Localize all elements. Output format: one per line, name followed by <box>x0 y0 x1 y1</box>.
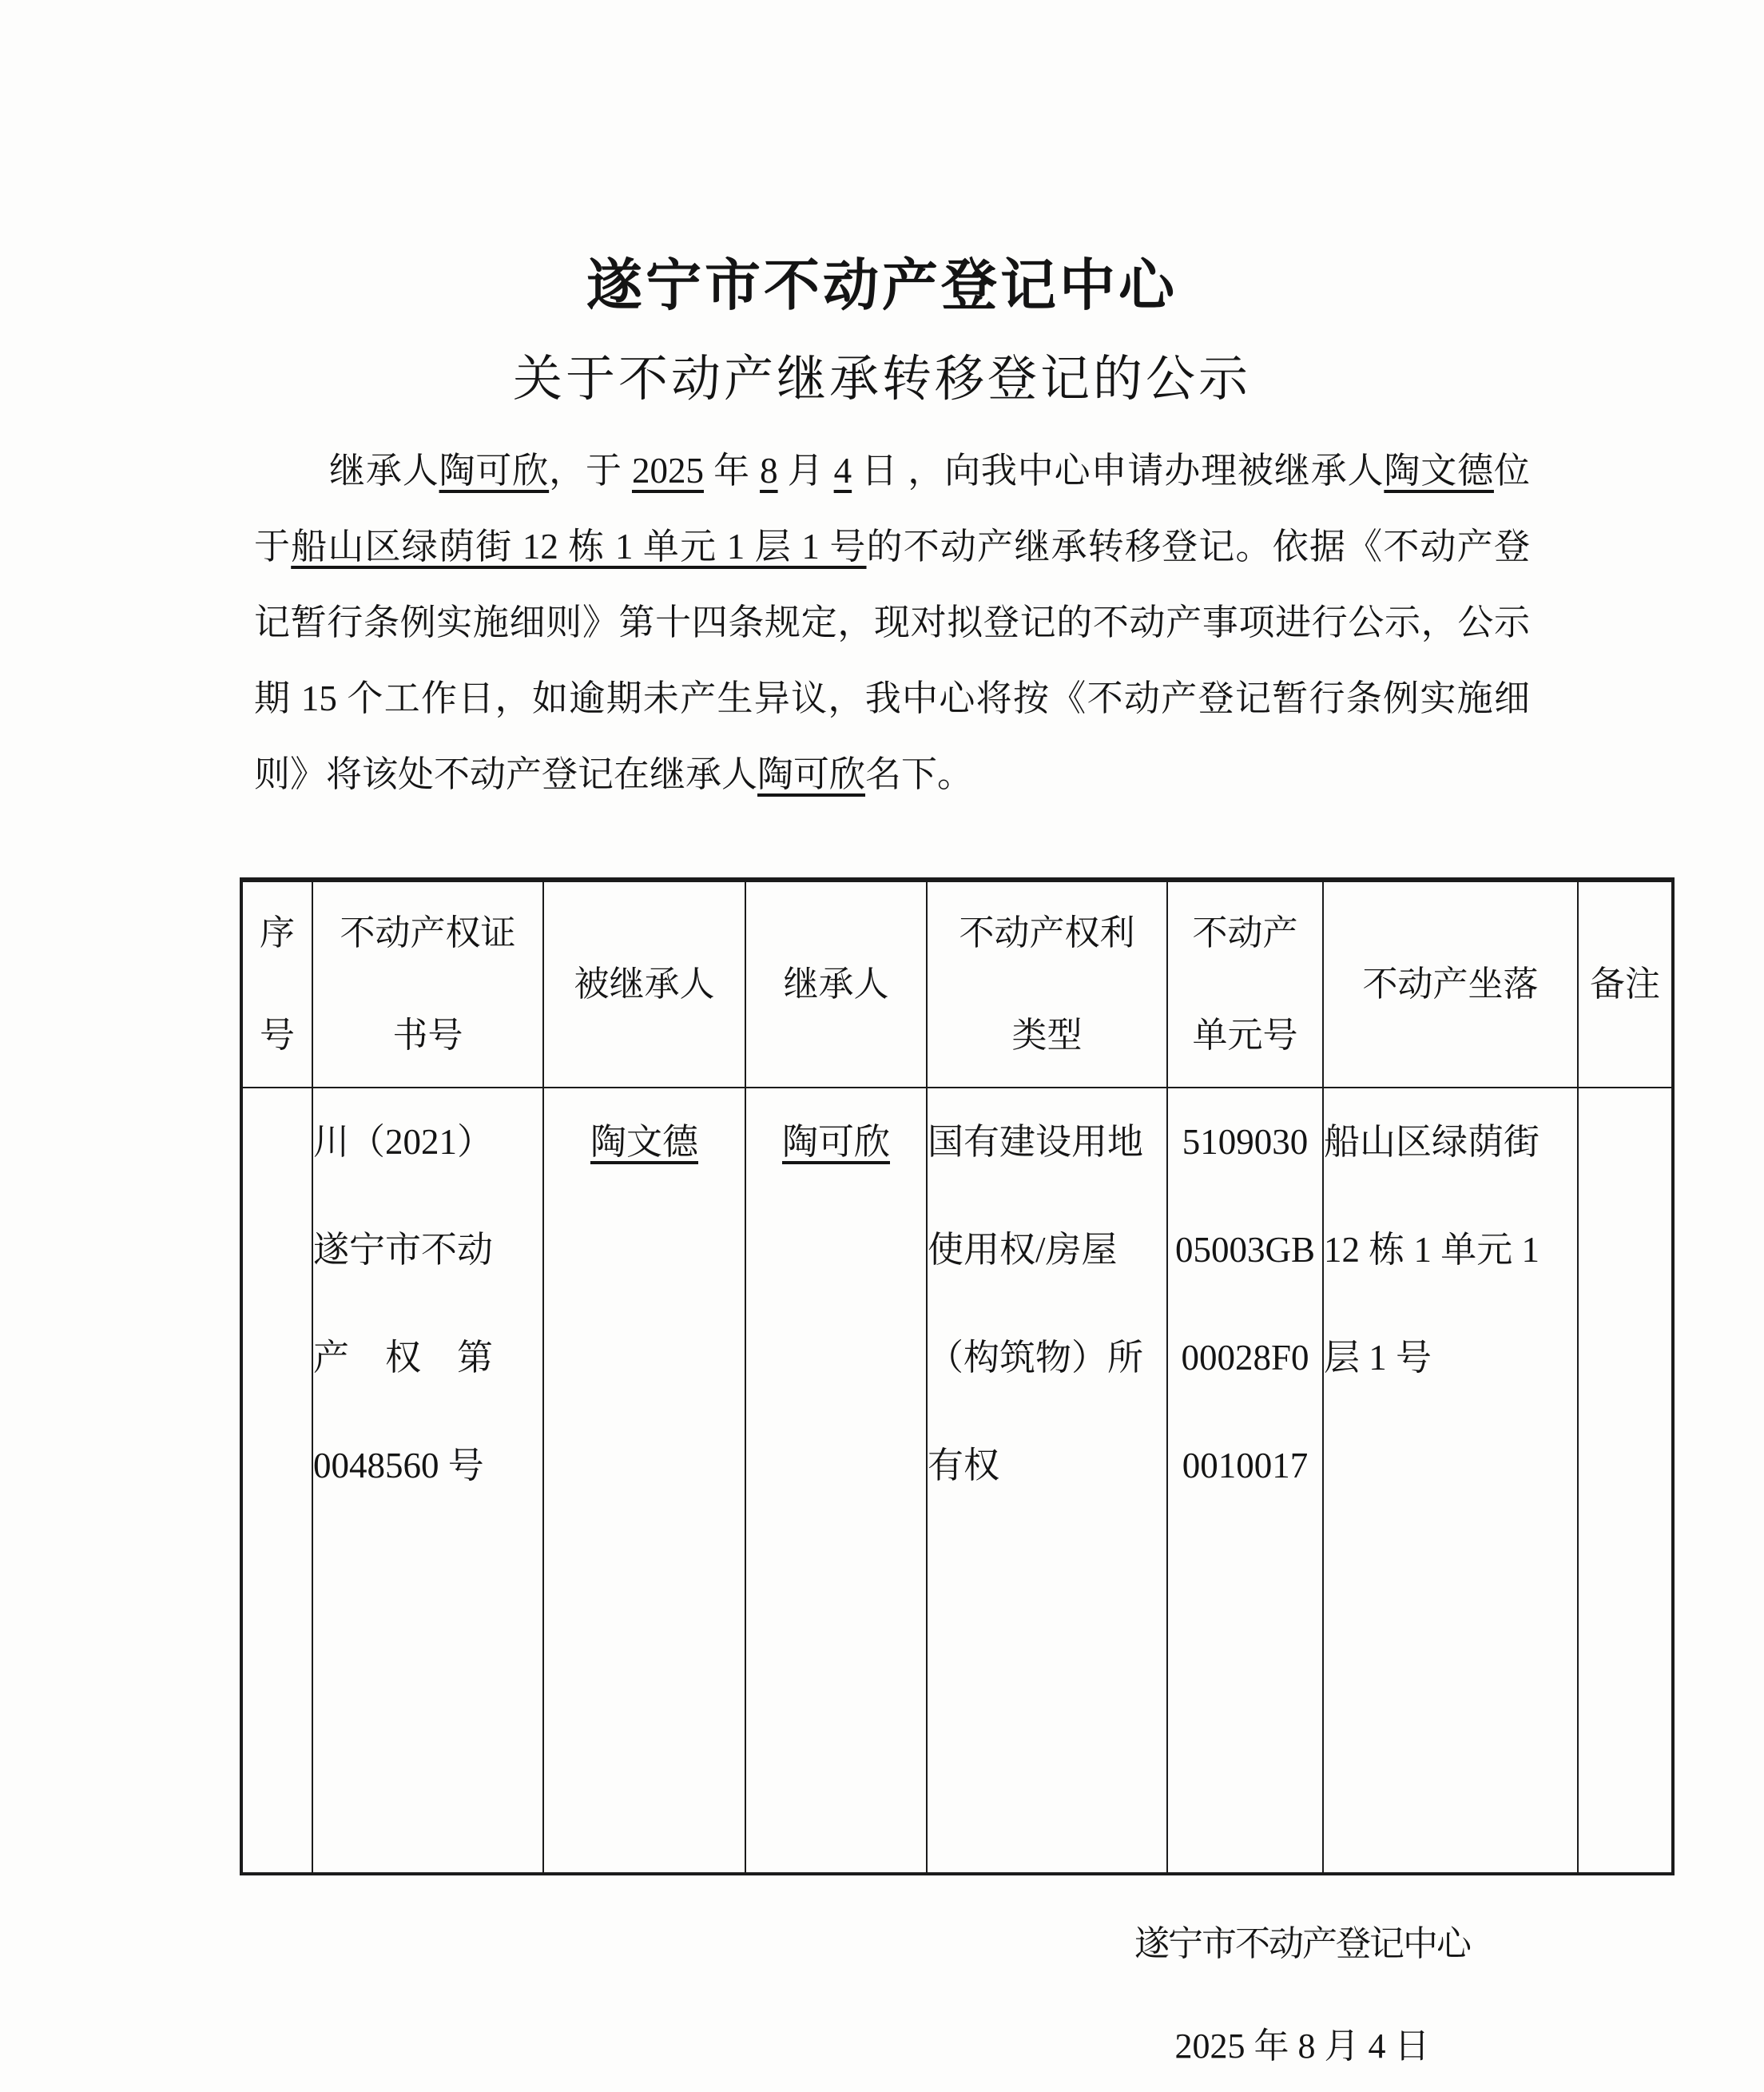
text-segment: 则》将该处不动产登记在继承人 <box>254 754 757 794</box>
decedent-name-underlined: 陶文德 <box>590 1122 698 1162</box>
cell-location: 船山区绿荫街 12 栋 1 单元 1 层 1 号 <box>1323 1088 1578 1874</box>
cell-cert-number: 川（2021） 遂宁市不动 产 权 第 0048560 号 <box>312 1088 543 1874</box>
cert-line: 产 权 第 <box>313 1304 542 1412</box>
table-data-row: 川（2021） 遂宁市不动 产 权 第 0048560 号 陶文德 陶可欣 国有… <box>241 1088 1673 1874</box>
text-segment: 于 <box>254 527 291 567</box>
header-unit-number: 不动产 单元号 <box>1167 880 1323 1088</box>
day-underlined: 4 <box>834 451 852 491</box>
location-line: 层 1 号 <box>1324 1304 1577 1412</box>
header-line: 号 <box>243 984 312 1087</box>
header-line: 被继承人 <box>544 933 745 1036</box>
header-line: 备注 <box>1579 933 1671 1036</box>
right-type-line: 有权 <box>928 1412 1166 1520</box>
header-cert-number: 不动产权证 书号 <box>312 880 543 1088</box>
text-segment: 位 <box>1494 451 1530 491</box>
cert-line: 川（2021） <box>313 1088 542 1196</box>
cell-seq <box>241 1088 312 1874</box>
cert-line: 遂宁市不动 <box>313 1196 542 1304</box>
header-right-type: 不动产权利 类型 <box>927 880 1167 1088</box>
registration-table: 序 号 不动产权证 书号 被继承人 继承人 不动产权利 类型 <box>240 877 1675 1875</box>
header-line: 序 <box>243 882 312 984</box>
header-line: 不动产坐落 <box>1324 933 1577 1036</box>
text-segment: 年 <box>704 451 760 491</box>
text-segment: ，于 <box>549 451 632 491</box>
header-decedent: 被继承人 <box>543 880 745 1088</box>
location-line: 船山区绿荫街 <box>1324 1088 1577 1196</box>
text-segment: 记暂行条例实施细则》第十四条规定，现对拟登记的不动产事项进行公示，公示 <box>254 603 1530 642</box>
body-line-3: 记暂行条例实施细则》第十四条规定，现对拟登记的不动产事项进行公示，公示 <box>254 585 1530 661</box>
text-segment: 期 15 个工作日，如逾期未产生异议，我中心将按《不动产登记暂行条例实施细 <box>254 678 1530 718</box>
header-line: 类型 <box>928 984 1166 1087</box>
header-line: 不动产权证 <box>313 882 542 984</box>
cell-unit-number: 5109030 05003GB 00028F0 0010017 <box>1167 1088 1323 1874</box>
body-line-5: 则》将该处不动产登记在继承人陶可欣名下。 <box>254 737 1530 813</box>
property-address-underlined: 船山区绿荫街 12 栋 1 单元 1 层 1 号 <box>291 527 866 567</box>
heir-name-underlined: 陶可欣 <box>757 754 865 794</box>
right-type-line: （构筑物）所 <box>928 1304 1166 1412</box>
header-location: 不动产坐落 <box>1323 880 1578 1088</box>
text-segment: 日 ，向我中心申请办理被继承人 <box>852 451 1384 491</box>
decedent-name-underlined: 陶文德 <box>1384 451 1494 491</box>
cert-line: 0048560 号 <box>313 1412 542 1520</box>
cell-remark <box>1578 1088 1673 1874</box>
text-segment: 继承人 <box>329 451 439 491</box>
org-name-title: 遂宁市不动产登记中心 <box>0 253 1764 318</box>
footer-date: 2025 年 8 月 4 日 <box>959 2017 1646 2068</box>
location-line: 12 栋 1 单元 1 <box>1324 1196 1577 1304</box>
text-segment: 名下。 <box>865 754 973 794</box>
notice-document-page: 遂宁市不动产登记中心 关于不动产继承转移登记的公示 继承人陶可欣，于 2025 … <box>0 0 1764 2092</box>
unit-number-line: 05003GB <box>1168 1196 1322 1304</box>
month-underlined: 8 <box>760 451 778 491</box>
header-remark: 备注 <box>1578 880 1673 1088</box>
body-line-2: 于船山区绿荫街 12 栋 1 单元 1 层 1 号的不动产继承转移登记。依据《不… <box>254 509 1530 585</box>
year-underlined: 2025 <box>632 451 704 491</box>
header-line: 继承人 <box>746 933 926 1036</box>
right-type-line: 使用权/房屋 <box>928 1196 1166 1304</box>
body-line-1: 继承人陶可欣，于 2025 年 8 月 4 日 ，向我中心申请办理被继承人陶文德… <box>254 433 1530 509</box>
header-heir: 继承人 <box>745 880 927 1088</box>
cell-heir: 陶可欣 <box>745 1088 927 1874</box>
notice-body: 继承人陶可欣，于 2025 年 8 月 4 日 ，向我中心申请办理被继承人陶文德… <box>254 433 1530 813</box>
heir-name-underlined: 陶可欣 <box>782 1122 890 1162</box>
header-line: 不动产权利 <box>928 882 1166 984</box>
header-line: 不动产 <box>1168 882 1322 984</box>
body-line-4: 期 15 个工作日，如逾期未产生异议，我中心将按《不动产登记暂行条例实施细 <box>254 661 1530 737</box>
cell-decedent: 陶文德 <box>543 1088 745 1874</box>
footer-org-name: 遂宁市不动产登记中心 <box>959 1915 1646 1966</box>
header-seq: 序 号 <box>241 880 312 1088</box>
unit-number-line: 5109030 <box>1168 1088 1322 1196</box>
right-type-line: 国有建设用地 <box>928 1088 1166 1196</box>
table-header-row: 序 号 不动产权证 书号 被继承人 继承人 不动产权利 类型 <box>241 880 1673 1088</box>
unit-number-line: 0010017 <box>1168 1412 1322 1520</box>
cell-right-type: 国有建设用地 使用权/房屋 （构筑物）所 有权 <box>927 1088 1167 1874</box>
text-segment: 月 <box>778 451 834 491</box>
header-line: 单元号 <box>1168 984 1322 1087</box>
notice-title: 关于不动产继承转移登记的公示 <box>0 348 1764 411</box>
text-segment: 的不动产继承转移登记。依据《不动产登 <box>867 527 1530 567</box>
unit-number-line: 00028F0 <box>1168 1304 1322 1412</box>
header-line: 书号 <box>313 984 542 1087</box>
heir-name-underlined: 陶可欣 <box>439 451 550 491</box>
